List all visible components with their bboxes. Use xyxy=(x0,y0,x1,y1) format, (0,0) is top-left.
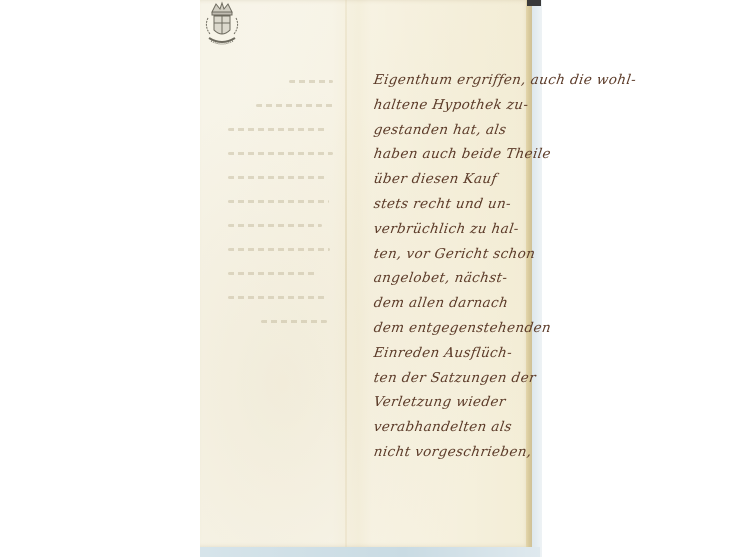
bleed-through-text xyxy=(228,80,338,344)
text-line: stets recht und un- xyxy=(372,192,533,217)
text-line: Einreden Ausflüch- xyxy=(372,341,533,366)
bleed-line xyxy=(228,296,327,299)
text-line: nicht vorgeschrieben, xyxy=(372,440,533,465)
bleed-line xyxy=(228,248,330,251)
bleed-line xyxy=(261,320,327,323)
text-line: Verletzung wieder xyxy=(372,390,533,415)
bleed-line xyxy=(228,200,329,203)
handwritten-text-block: Eigenthum ergriffen, auch die wohl- halt… xyxy=(372,68,530,465)
bleed-line xyxy=(256,104,333,107)
bleed-line xyxy=(228,176,325,179)
bleed-line xyxy=(228,272,316,275)
bleed-line xyxy=(289,80,333,83)
bleed-line xyxy=(228,224,322,227)
text-line: dem entgegenstehenden xyxy=(372,316,533,341)
text-line: haben auch beide Theile xyxy=(372,142,533,167)
text-line: verabhandelten als xyxy=(372,415,533,440)
scanner-bottom-band xyxy=(200,547,540,557)
text-line: ten, vor Gericht schon xyxy=(372,242,533,267)
text-line: dem allen darnach xyxy=(372,291,533,316)
text-line: ten der Satzungen der xyxy=(372,366,533,391)
text-line: haltene Hypothek zu- xyxy=(372,93,533,118)
coat-of-arms-stamp-icon xyxy=(198,0,246,48)
text-line: über diesen Kauf xyxy=(372,167,533,192)
text-line: Eigenthum ergriffen, auch die wohl- xyxy=(372,68,533,93)
text-line: gestanden hat, als xyxy=(372,118,533,143)
fold-line xyxy=(345,0,347,547)
bleed-line xyxy=(228,128,327,131)
top-dark-strip xyxy=(527,0,541,6)
bleed-line xyxy=(228,152,333,155)
text-line: angelobet, nächst- xyxy=(372,266,533,291)
text-line: verbrüchlich zu hal- xyxy=(372,217,533,242)
